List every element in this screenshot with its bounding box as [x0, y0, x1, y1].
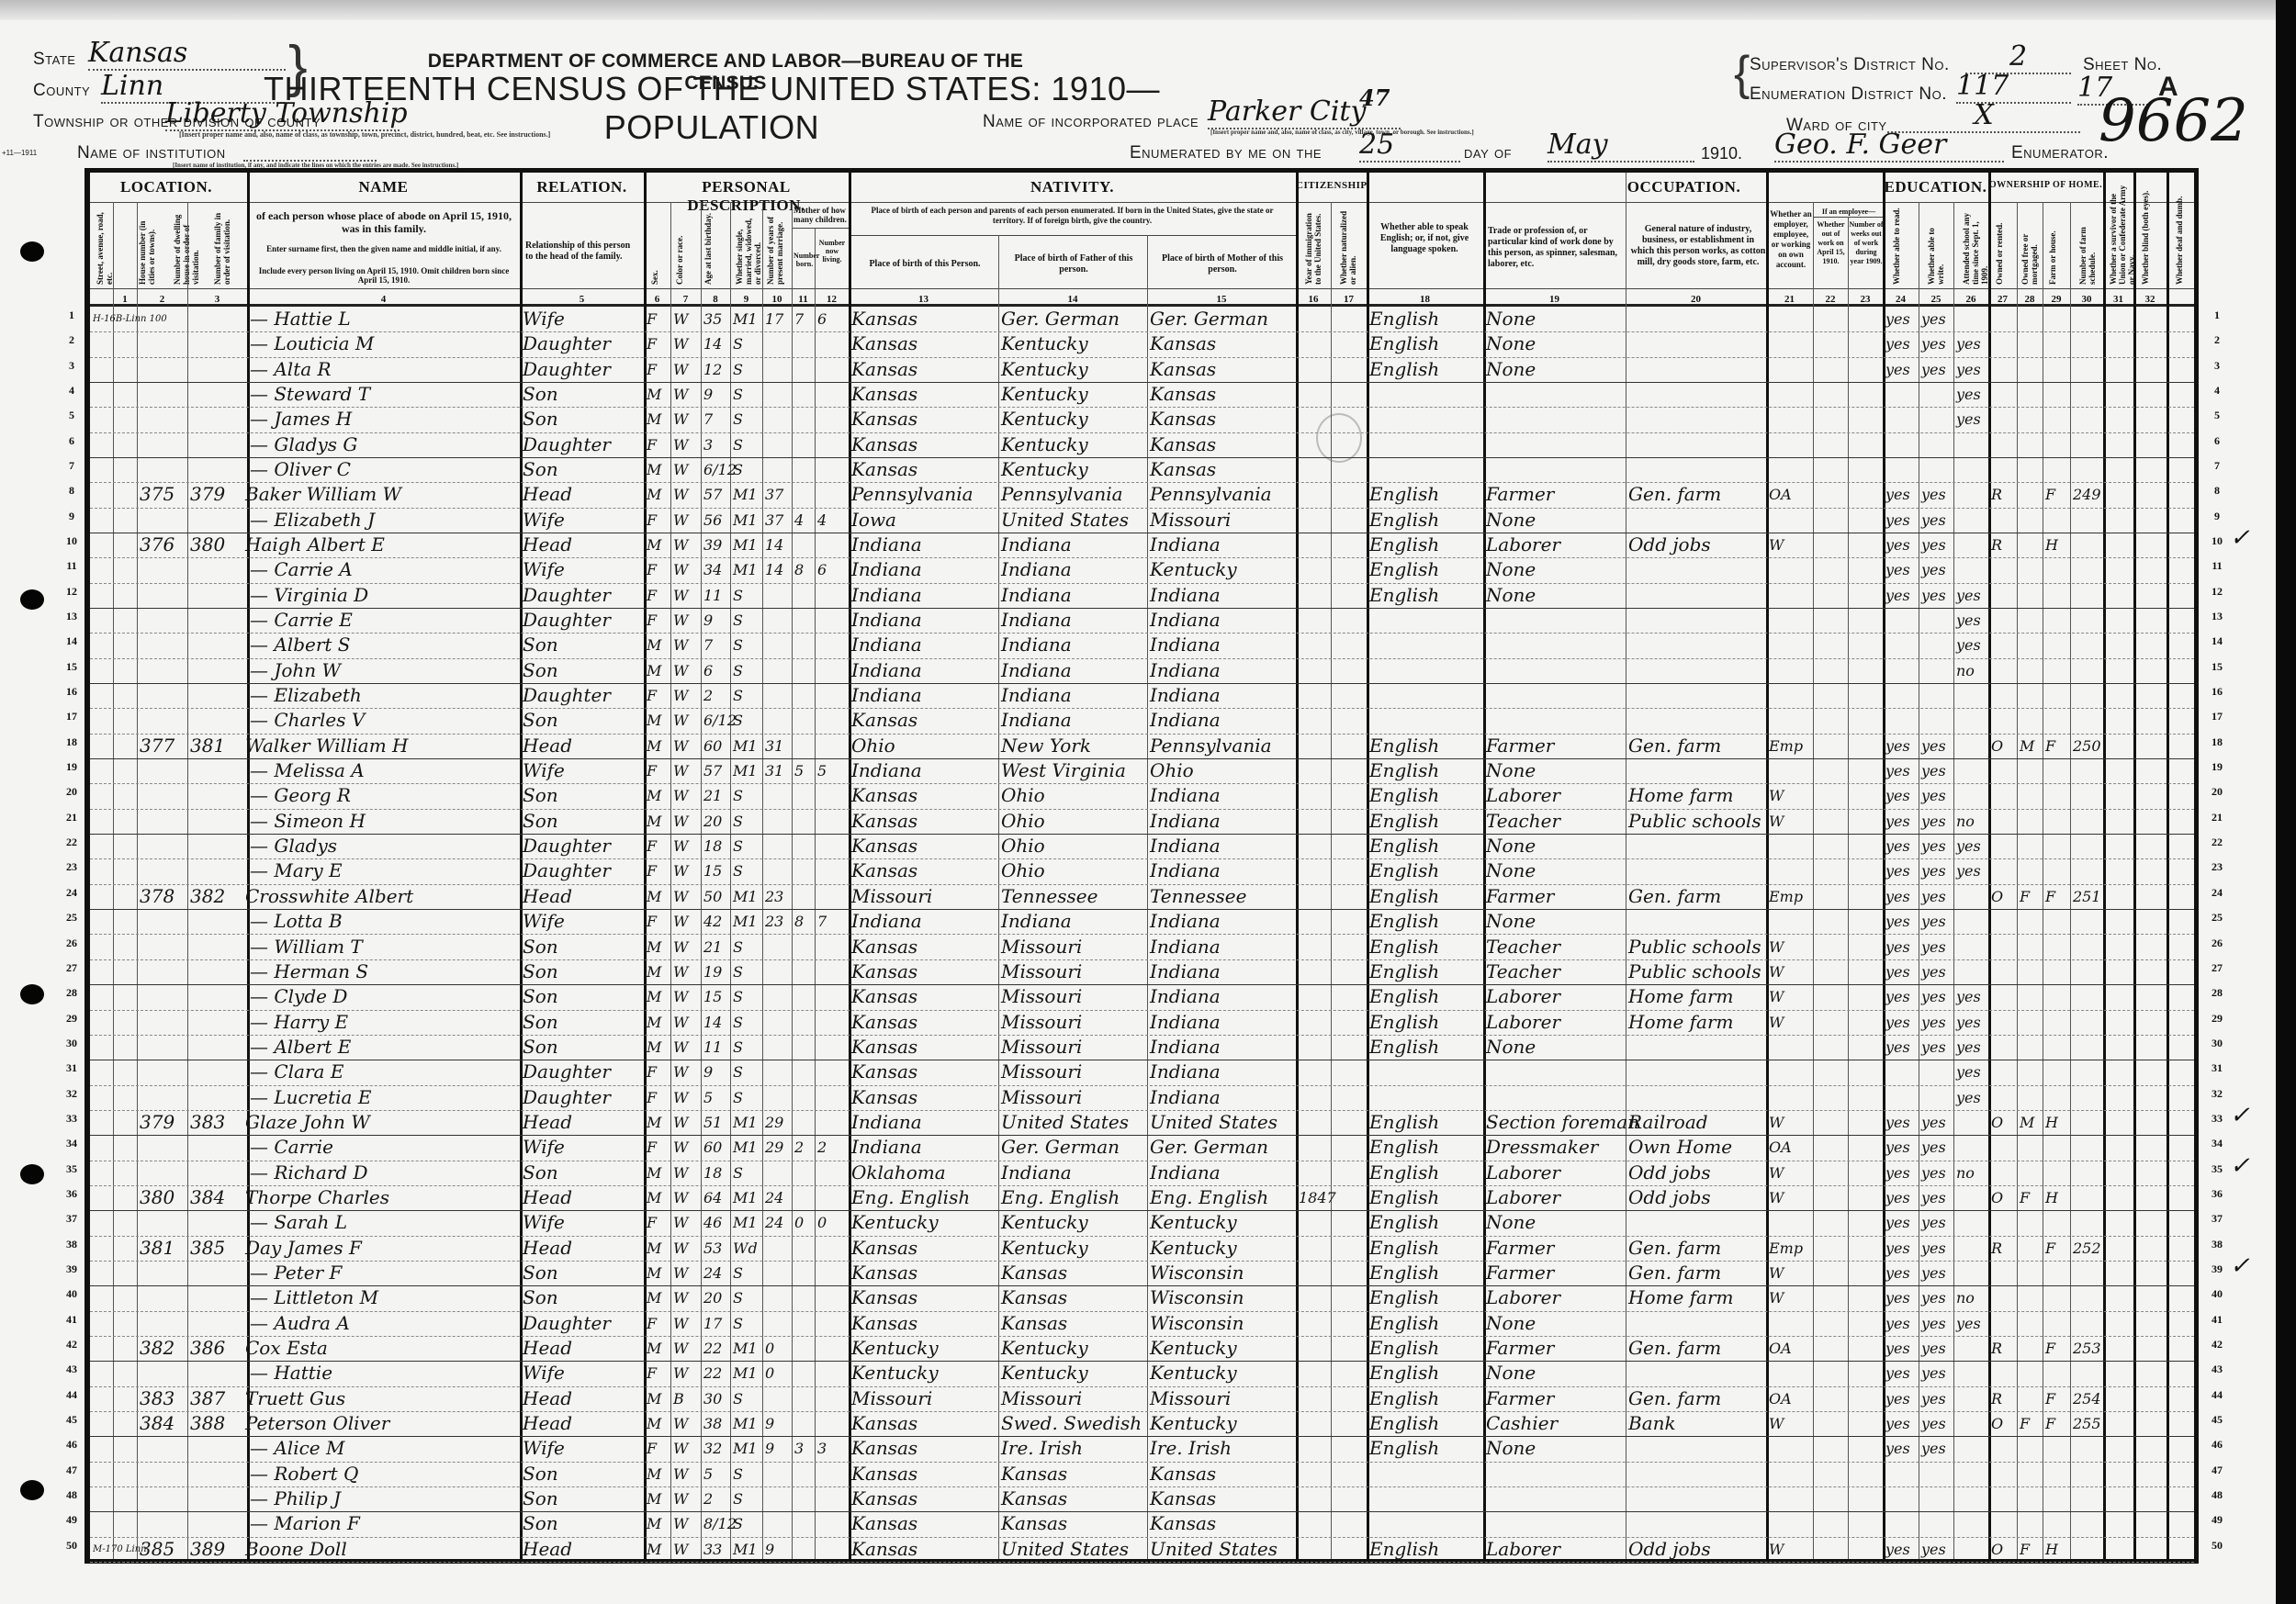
cell-read: yes	[1885, 1436, 1918, 1461]
cell-bm: Indiana	[1150, 533, 1295, 557]
cell-bf: United States	[1001, 1110, 1146, 1135]
name-heading: NAME	[247, 178, 520, 196]
row-number-left: 39	[61, 1262, 83, 1276]
cell-sex: F	[647, 307, 670, 331]
birth-father-desc: Place of birth of Father of this person.	[1003, 253, 1144, 275]
cell-bp: Kansas	[851, 708, 997, 733]
cell-bm: Kentucky	[1150, 1336, 1295, 1361]
row-number-right: 41	[2206, 1313, 2228, 1327]
cell-eng: English	[1369, 909, 1482, 934]
row-number-left: 25	[61, 911, 83, 925]
cell-sch: yes	[1956, 608, 1987, 633]
table-row: — Gladys GDaughterFW3SKansasKentuckyKans…	[90, 432, 2194, 457]
cell-sex: M	[647, 658, 670, 683]
cell-sex: F	[647, 608, 670, 633]
table-row: — Mary EDaughterFW15SKansasOhioIndianaEn…	[90, 858, 2194, 883]
cell-ind: Odd jobs	[1628, 1161, 1765, 1185]
cell-color: W	[673, 984, 700, 1009]
row-number-right: 30	[2206, 1037, 2228, 1050]
cell-bm: Indiana	[1150, 1010, 1295, 1035]
table-row: 375379Baker William WHeadMW57M137Pennsyl…	[90, 482, 2194, 507]
relation-desc: Relationship of this person to the head …	[525, 241, 639, 263]
cell-bp: Kansas	[851, 809, 997, 834]
cell-color: W	[673, 909, 700, 934]
row-number-right: 50	[2206, 1539, 2228, 1553]
cell-sch: yes	[1956, 858, 1987, 883]
cell-bm: Indiana	[1150, 783, 1295, 808]
row-number-right: 20	[2206, 785, 2228, 799]
cell-bm: Kansas	[1150, 1511, 1295, 1536]
cell-mar: S	[733, 357, 761, 382]
cell-street: H-16B-Linn 100	[93, 307, 136, 331]
cell-mar: M1	[733, 1537, 761, 1562]
cell-ind: Own Home	[1628, 1135, 1765, 1160]
row-number-left: 45	[61, 1413, 83, 1427]
cell-name: — Hattie	[250, 1361, 519, 1385]
row-number-left: 49	[61, 1513, 83, 1527]
cell-rel: Son	[523, 783, 643, 808]
cell-living: 2	[817, 1135, 848, 1160]
table-row: — GladysDaughterFW18SKansasOhioIndianaEn…	[90, 834, 2194, 858]
cell-sch: yes	[1956, 1311, 1987, 1336]
cell-read: yes	[1885, 1336, 1918, 1361]
cell-bm: Indiana	[1150, 909, 1295, 934]
cell-emp: OA	[1769, 482, 1812, 507]
cell-sex: M	[647, 533, 670, 557]
cell-color: W	[673, 1135, 700, 1160]
column-number: 18	[1367, 294, 1483, 305]
row-number-right: 16	[2206, 685, 2228, 699]
cell-dw: 377	[140, 734, 186, 758]
row-number-left: 37	[61, 1212, 83, 1226]
cell-eng: English	[1369, 557, 1482, 582]
cell-color: W	[673, 331, 700, 356]
cell-rel: Son	[523, 1161, 643, 1185]
cell-write: yes	[1921, 935, 1953, 959]
cell-bp: Indiana	[851, 583, 997, 608]
cell-name: — Littleton M	[250, 1285, 519, 1310]
cell-bp: Kansas	[851, 307, 997, 331]
cell-sex: F	[647, 1436, 670, 1461]
cell-emp: W	[1769, 984, 1812, 1009]
column-number: 32	[2133, 294, 2167, 305]
cell-eng: English	[1369, 533, 1482, 557]
owned-desc: Owned or rented.	[1995, 206, 2004, 285]
column-number: 4	[247, 294, 520, 305]
cell-bp: Kansas	[851, 1035, 997, 1060]
cell-bm: Kentucky	[1150, 1411, 1295, 1436]
cell-mar: S	[733, 608, 761, 633]
cell-bf: Swed. Swedish	[1001, 1411, 1146, 1436]
cell-bf: Indiana	[1001, 608, 1146, 633]
name-desc-2: Enter surname first, then the given name…	[252, 244, 516, 253]
cell-write: yes	[1921, 1361, 1953, 1385]
cell-rel: Son	[523, 1010, 643, 1035]
cell-name: — Alice M	[250, 1436, 519, 1461]
cell-sex: M	[647, 809, 670, 834]
row-number-right: 29	[2206, 1012, 2228, 1026]
cell-trade: None	[1486, 357, 1625, 382]
cell-eng: English	[1369, 783, 1482, 808]
table-row: — CarrieWifeFW60M12922IndianaGer. German…	[90, 1135, 2194, 1160]
cell-rel: Son	[523, 658, 643, 683]
cell-age: 32	[703, 1436, 729, 1461]
cell-sex: M	[647, 1511, 670, 1536]
cell-dw: 382	[140, 1336, 186, 1361]
cell-rel: Head	[523, 1185, 643, 1210]
cell-yrs: 29	[765, 1135, 791, 1160]
cell-color: W	[673, 1361, 700, 1385]
cell-trade: Laborer	[1486, 1537, 1625, 1562]
table-row: — Alice MWifeFW32M1933KansasIre. IrishIr…	[90, 1436, 2194, 1461]
cell-bp: Kansas	[851, 858, 997, 883]
cell-eng: English	[1369, 1411, 1482, 1436]
row-number-left: 47	[61, 1464, 83, 1477]
cell-mar: S	[733, 1511, 761, 1536]
cell-bf: New York	[1001, 734, 1146, 758]
cell-read: yes	[1885, 307, 1918, 331]
cell-bp: Kansas	[851, 1010, 997, 1035]
cell-bp: Kentucky	[851, 1210, 997, 1235]
table-row: — Philip JSonMW2SKansasKansasKansas	[90, 1486, 2194, 1511]
column-number: 5	[520, 294, 644, 305]
cell-bm: Wisconsin	[1150, 1285, 1295, 1310]
cell-mar: M1	[733, 758, 761, 783]
cell-mar: S	[733, 809, 761, 834]
year-label: 1910.	[1701, 144, 1742, 163]
film-number: 9662	[2099, 92, 2248, 151]
house-desc: House number (in cities or towns).	[138, 209, 156, 285]
row-number-right: 36	[2206, 1187, 2228, 1201]
row-number-right: 8	[2206, 484, 2228, 498]
cell-sex: M	[647, 1110, 670, 1135]
cell-sch: yes	[1956, 1035, 1987, 1060]
cell-mar: S	[733, 1386, 761, 1411]
cell-emp: OA	[1769, 1135, 1812, 1160]
cell-read: yes	[1885, 583, 1918, 608]
cell-name: — Lucretia E	[250, 1085, 519, 1110]
cell-read: yes	[1885, 884, 1918, 909]
cell-rel: Daughter	[523, 858, 643, 883]
table-row: 380384Thorpe CharlesHeadMW64M124Eng. Eng…	[90, 1185, 2194, 1210]
cell-bp: Indiana	[851, 1135, 997, 1160]
cell-bm: Indiana	[1150, 1060, 1295, 1084]
ward-label: Ward of city	[1786, 116, 1887, 136]
cell-name: — Richard D	[250, 1161, 519, 1185]
cell-sex: M	[647, 1486, 670, 1511]
cell-age: 11	[703, 583, 729, 608]
cell-ind: Home farm	[1628, 1010, 1765, 1035]
cell-read: yes	[1885, 1010, 1918, 1035]
table-row: — Clara EDaughterFW9SKansasMissouriIndia…	[90, 1060, 2194, 1084]
cell-farm: H	[2045, 1185, 2069, 1210]
cell-emp: OA	[1769, 1336, 1812, 1361]
spacer	[247, 202, 520, 203]
row-number-right: 47	[2206, 1464, 2228, 1477]
cell-bf: United States	[1001, 1537, 1146, 1562]
cell-living: 4	[817, 508, 848, 533]
cell-farm: F	[2045, 482, 2069, 507]
cell-trade: None	[1486, 1436, 1625, 1461]
cell-mar: S	[733, 1462, 761, 1486]
cell-trade: None	[1486, 1361, 1625, 1385]
cell-sch: yes	[1956, 382, 1987, 407]
cell-bf: Kansas	[1001, 1486, 1146, 1511]
row-number-left: 20	[61, 785, 83, 799]
row-number-left: 4	[61, 384, 83, 398]
cell-bm: Indiana	[1150, 658, 1295, 683]
table-row: — Lotta BWifeFW42M12387IndianaIndianaInd…	[90, 909, 2194, 934]
row-number-right: 2	[2206, 333, 2228, 347]
cell-age: 50	[703, 884, 729, 909]
cell-read: yes	[1885, 1161, 1918, 1185]
enumerator-label: Enumerator.	[2011, 143, 2109, 163]
cell-emp: W	[1769, 1161, 1812, 1185]
cell-eng: English	[1369, 1261, 1482, 1285]
cell-write: yes	[1921, 1411, 1953, 1436]
row-number-left: 30	[61, 1037, 83, 1050]
cell-write: yes	[1921, 1436, 1953, 1461]
cell-color: W	[673, 884, 700, 909]
cell-sex: M	[647, 1336, 670, 1361]
cell-age: 15	[703, 984, 729, 1009]
cell-own: R	[1991, 1336, 2016, 1361]
cell-trade: Dressmaker	[1486, 1135, 1625, 1160]
column-number: 27	[1988, 294, 2017, 305]
cell-bp: Kansas	[851, 935, 997, 959]
cell-name: — Albert E	[250, 1035, 519, 1060]
state-label: State	[33, 50, 75, 70]
cell-mar: M1	[733, 1110, 761, 1135]
table-row: — Charles VSonMW6/12SKansasIndianaIndian…	[90, 708, 2194, 733]
cell-sex: M	[647, 482, 670, 507]
cell-sch: yes	[1956, 834, 1987, 858]
cell-bf: Missouri	[1001, 984, 1146, 1009]
row-number-left: 33	[61, 1112, 83, 1126]
table-row: — Simeon HSonMW20SKansasOhioIndianaEngli…	[90, 809, 2194, 834]
cell-born: 8	[794, 909, 814, 934]
cell-bm: Ohio	[1150, 758, 1295, 783]
cell-rel: Wife	[523, 1361, 643, 1385]
table-row: M-170 Linn385389Boone DollHeadMW33M19Kan…	[90, 1537, 2194, 1562]
cell-eng: English	[1369, 307, 1482, 331]
cell-bf: Kansas	[1001, 1511, 1146, 1536]
cell-write: yes	[1921, 1035, 1953, 1060]
cell-trade: Farmer	[1486, 734, 1625, 758]
cell-sex: F	[647, 858, 670, 883]
margin-check-icon: ✓	[2230, 1252, 2250, 1280]
cell-eng: English	[1369, 1236, 1482, 1261]
cell-bm: Eng. English	[1150, 1185, 1295, 1210]
cell-age: 20	[703, 809, 729, 834]
cell-emp: W	[1769, 1010, 1812, 1035]
cell-color: W	[673, 1486, 700, 1511]
cell-bm: Wisconsin	[1150, 1261, 1295, 1285]
blind-desc: Whether blind (both eyes).	[2141, 176, 2150, 285]
cell-bf: Eng. English	[1001, 1185, 1146, 1210]
cell-mar: M1	[733, 508, 761, 533]
binder-hole	[20, 241, 44, 262]
cell-color: W	[673, 1110, 700, 1135]
cell-born: 2	[794, 1135, 814, 1160]
free-desc: Owned free or mortgaged.	[2020, 206, 2039, 285]
row-number-right: 25	[2206, 911, 2228, 925]
cell-bf: Pennsylvania	[1001, 482, 1146, 507]
cell-bp: Indiana	[851, 758, 997, 783]
cell-age: 34	[703, 557, 729, 582]
cell-name: — Elizabeth J	[250, 508, 519, 533]
cell-age: 18	[703, 1161, 729, 1185]
cell-rel: Wife	[523, 557, 643, 582]
column-number: 21	[1766, 294, 1813, 305]
table-row: — Alta RDaughterFW12SKansasKentuckyKansa…	[90, 357, 2194, 382]
cell-bp: Kansas	[851, 457, 997, 482]
employer-desc: Whether an employer, employee, or workin…	[1769, 209, 1813, 270]
enumerated-month: May	[1548, 129, 1694, 163]
cell-read: yes	[1885, 1210, 1918, 1235]
cell-bf: Indiana	[1001, 683, 1146, 708]
row-number-right: 1	[2206, 308, 2228, 322]
cell-color: W	[673, 432, 700, 457]
nativity-sub-divider	[849, 235, 1296, 236]
cell-sex: M	[647, 1462, 670, 1486]
cell-emp: Emp	[1769, 734, 1812, 758]
cell-rel: Head	[523, 884, 643, 909]
read-desc: Whether able to read.	[1892, 206, 1901, 285]
margin-check-icon: ✓	[2230, 1152, 2250, 1180]
census-table: LOCATION. NAME RELATION. PERSONAL DESCRI…	[84, 168, 2199, 1564]
cell-sex: F	[647, 557, 670, 582]
row-number-right: 5	[2206, 409, 2228, 422]
cell-sch: yes	[1956, 1010, 1987, 1035]
cell-bm: Missouri	[1150, 508, 1295, 533]
cell-write: yes	[1921, 1261, 1953, 1285]
cell-age: 7	[703, 633, 729, 657]
cell-bf: Kansas	[1001, 1261, 1146, 1285]
row-number-right: 39	[2206, 1262, 2228, 1276]
cell-color: W	[673, 1285, 700, 1310]
cell-dw: 381	[140, 1236, 186, 1261]
cell-sex: M	[647, 1386, 670, 1411]
cell-sex: M	[647, 1010, 670, 1035]
cell-eng: English	[1369, 935, 1482, 959]
cell-write: yes	[1921, 734, 1953, 758]
binder-hole	[20, 589, 44, 610]
cell-eng: English	[1369, 734, 1482, 758]
cell-ind: Home farm	[1628, 984, 1765, 1009]
cell-read: yes	[1885, 1261, 1918, 1285]
row-number-right: 26	[2206, 937, 2228, 950]
column-number: 20	[1626, 294, 1766, 305]
citizenship-heading: CITIZENSHIP.	[1296, 180, 1367, 191]
cell-color: W	[673, 1462, 700, 1486]
cell-bp: Kansas	[851, 432, 997, 457]
cell-color: W	[673, 557, 700, 582]
cell-write: yes	[1921, 1135, 1953, 1160]
cell-emp: W	[1769, 1411, 1812, 1436]
cell-read: yes	[1885, 909, 1918, 934]
cell-color: W	[673, 1236, 700, 1261]
cell-bm: Pennsylvania	[1150, 482, 1295, 507]
cell-age: 2	[703, 1486, 729, 1511]
table-row: — Peter FSonMW24SKansasKansasWisconsinEn…	[90, 1261, 2194, 1285]
row-number-right: 13	[2206, 610, 2228, 623]
binder-hole	[20, 1164, 44, 1184]
cell-write: yes	[1921, 307, 1953, 331]
cell-bp: Kansas	[851, 1085, 997, 1110]
cell-yrs: 9	[765, 1411, 791, 1436]
cell-rel: Son	[523, 708, 643, 733]
row-number-right: 18	[2206, 735, 2228, 749]
table-row: — Robert QSonMW5SKansasKansasKansas	[90, 1462, 2194, 1486]
row-number-left: 12	[61, 585, 83, 599]
cell-emp: W	[1769, 783, 1812, 808]
cell-sex: F	[647, 357, 670, 382]
farm-desc: Farm or house.	[2048, 206, 2057, 285]
cell-bm: Kentucky	[1150, 1236, 1295, 1261]
row-number-right: 6	[2206, 434, 2228, 448]
cell-bm: Indiana	[1150, 1085, 1295, 1110]
cell-rel: Son	[523, 457, 643, 482]
cell-sched: 252	[2073, 1236, 2102, 1261]
table-row: — Carrie EDaughterFW9SIndianaIndianaIndi…	[90, 608, 2194, 633]
cell-age: 22	[703, 1361, 729, 1385]
column-number: 26	[1953, 294, 1988, 305]
cell-eng: English	[1369, 1336, 1482, 1361]
column-number: 19	[1483, 294, 1626, 305]
cell-sex: M	[647, 1035, 670, 1060]
row-number-left: 42	[61, 1338, 83, 1352]
cell-color: W	[673, 858, 700, 883]
cell-color: W	[673, 1010, 700, 1035]
cell-color: W	[673, 457, 700, 482]
cell-sch: yes	[1956, 331, 1987, 356]
cell-read: yes	[1885, 482, 1918, 507]
table-row: — ElizabethDaughterFW2SIndianaIndianaInd…	[90, 683, 2194, 708]
cell-emp: W	[1769, 959, 1812, 984]
cell-trade: None	[1486, 834, 1625, 858]
row-number-right: 46	[2206, 1438, 2228, 1452]
cell-age: 39	[703, 533, 729, 557]
column-number: 25	[1919, 294, 1953, 305]
cell-read: yes	[1885, 331, 1918, 356]
cell-name: — Sarah L	[250, 1210, 519, 1235]
cell-name: — Virginia D	[250, 583, 519, 608]
cell-living: 7	[817, 909, 848, 934]
education-heading: EDUCATION.	[1883, 178, 1988, 196]
cell-read: yes	[1885, 1185, 1918, 1210]
cell-fam: 385	[190, 1236, 246, 1261]
name-desc-3: Include every person living on April 15,…	[252, 266, 516, 285]
table-row: 381385Day James FHeadMW53WdKansasKentuck…	[90, 1236, 2194, 1261]
cell-mar: M1	[733, 1135, 761, 1160]
cell-rel: Son	[523, 1462, 643, 1486]
cell-color: W	[673, 809, 700, 834]
cell-name: Peterson Oliver	[245, 1411, 514, 1436]
english-desc: Whether able to speak English; or, if no…	[1370, 222, 1479, 255]
cell-age: 64	[703, 1185, 729, 1210]
cell-yrs: 31	[765, 734, 791, 758]
column-number: 3	[187, 294, 247, 305]
cell-write: yes	[1921, 357, 1953, 382]
cell-ind: Home farm	[1628, 783, 1765, 808]
cell-eng: English	[1369, 1436, 1482, 1461]
cell-age: 24	[703, 1261, 729, 1285]
cell-name: — Hattie L	[250, 307, 519, 331]
cell-age: 5	[703, 1462, 729, 1486]
cell-age: 19	[703, 959, 729, 984]
cell-age: 7	[703, 407, 729, 432]
